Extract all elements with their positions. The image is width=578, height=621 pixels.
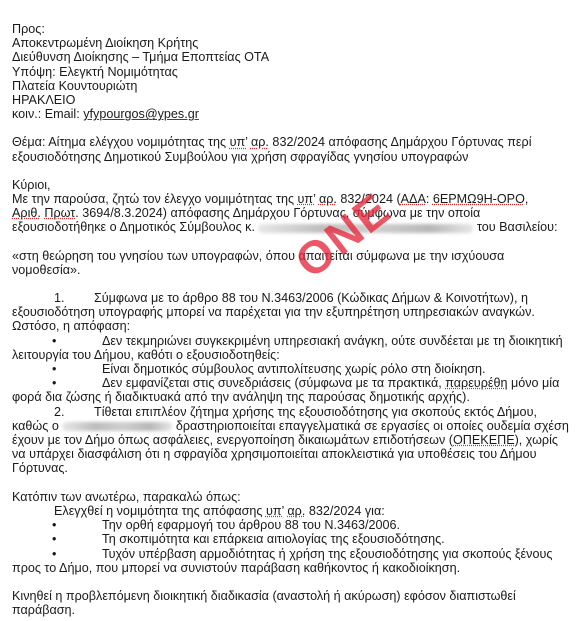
text: Τη σκοπιμότητα και επάρκεια αιτιολογίας … [102,532,445,546]
text: , [525,192,529,206]
item-number: 1. [54,291,94,305]
text: Είναι δημοτικός σύμβουλος αντιπολίτευσης… [102,362,486,376]
text: φορά δια ζώσης ή διαδικτυακά από την ανά… [12,390,568,404]
text: δραστηριοποιείται επαγγελματικά σε εργασ… [172,419,568,433]
text: Τίθεται επιπλέον ζήτημα χρήσης της εξουσ… [94,405,537,419]
text: προς το Δήμο, που μπορεί να συνιστούν πα… [12,561,568,575]
numbered-item: 2.Τίθεται επιπλέον ζήτημα χρήσης της εξο… [12,405,568,419]
text: Ωστόσο, η απόφαση: [12,319,568,333]
text: Γόρτυνας. [12,461,568,475]
spellcheck-word: ΟΠΕΚΕΠΕ [453,433,515,447]
text: Κινηθεί η προβλεπόμενη διοικητική διαδικ… [12,589,568,603]
text: μόνο μία [507,376,559,390]
quote-block: «στη θεώρηση του γνησίου των υπογραφών, … [12,249,568,277]
text: παράβαση. [12,603,568,617]
numbered-item: 1.Σύμφωνα με το άρθρο 88 του Ν.3463/2006… [12,291,568,305]
text: ), χωρίς [515,433,558,447]
spellcheck-word: αρ. [319,192,337,206]
bullet-icon: • [52,334,102,348]
bullet-item: •Την ορθή εφαρμογή του άρθρου 88 του Ν.3… [12,518,568,532]
text: : [426,192,433,206]
request-block: Κατόπιν των ανωτέρω, παρακαλώ όπως: Ελεγ… [12,490,568,575]
text: 832/2024 για: [305,504,384,518]
redacted-name [258,224,473,233]
text: Με την παρούσα, ζητώ τον έλεγχο νομιμότη… [12,192,298,206]
intro-paragraph: Με την παρούσα, ζητώ τον έλεγχο νομιμότη… [12,192,568,235]
text: Σύμφωνα με το άρθρο 88 του Ν.3463/2006 (… [94,291,528,305]
cc-line: κοιν.: Email: yfypourgos@ypes.gr [12,107,568,121]
text: να υπάρχει διασφάλιση ότι η σφραγίδα χρη… [12,447,568,461]
intro-line: Αριθ. Πρωτ. 3694/8.3.2024) απόφασης Δημά… [12,206,568,220]
subject-text: 832/2024 απόφασης Δημάρχου Γόρτυνας περί [269,135,532,149]
spellcheck-word: υπ’ [266,504,284,518]
spellcheck-word: υπ’ [230,135,248,149]
recipient-line: Υπόψη: Ελεγκτή Νομιμότητας [12,65,568,79]
text-line: έχουν με τον Δήμο όπως ασφάλειες, ενεργο… [12,433,568,447]
recipient-line: Πλατεία Κουντουριώτη [12,79,568,93]
recipient-line: Αποκεντρωμένη Διοίκηση Κρήτης [12,36,568,50]
ada-code: 6ΕΡΜΩ9Η-ΟΡΟ [433,192,525,206]
item-number: 2. [54,405,94,419]
cc-email-link[interactable]: yfypourgos@ypes.gr [83,107,199,121]
recipient-line: Διεύθυνση Διοίκησης – Τμήμα Εποπτείας ΟΤ… [12,50,568,64]
text: 832/2024 ( [337,192,401,206]
bullet-icon: • [52,518,102,532]
point-1: 1.Σύμφωνα με το άρθρο 88 του Ν.3463/2006… [12,291,568,405]
spellcheck-word: αρ. [251,135,269,149]
subject-block: Θέμα: Αίτημα ελέγχου νομιμότητας της υπ’… [12,135,568,163]
text: εξουσιοδοτήθηκε ο Δημοτικός Σύμβουλος κ. [12,220,258,234]
recipient-line: ΗΡΑΚΛΕΙΟ [12,93,568,107]
bullet-item: •Τυχόν υπέρβαση αρμοδιότητας ή χρήση της… [12,547,568,561]
text: καθώς ο [12,419,62,433]
bullet-icon: • [52,532,102,546]
text-line: καθώς ο δραστηριοποιείται επαγγελματικά … [12,419,568,433]
text: Κατόπιν των ανωτέρω, παρακαλώ όπως: [12,490,568,504]
redacted-name [62,422,172,431]
subject-text: εξουσιοδότησης Δημοτικού Συμβούλου για χ… [12,150,568,164]
text: του Βασιλείου: [477,220,558,234]
text: Ελεγχθεί η νομιμότητα της απόφασης [54,504,266,518]
spellcheck-word: Πρωτ [44,206,75,220]
recipient-block: Προς: Αποκεντρωμένη Διοίκηση Κρήτης Διεύ… [12,22,568,121]
text: εξουσιοδότηση υπογραφής μπορεί να παρέχε… [12,305,568,319]
cc-prefix: κοιν.: Email: [12,107,83,121]
letter-document: Προς: Αποκεντρωμένη Διοίκηση Κρήτης Διεύ… [12,22,568,617]
text: Δεν εμφανίζεται στις συνεδριάσεις (σύμφω… [102,376,445,390]
bullet-item: •Τη σκοπιμότητα και επάρκεια αιτιολογίας… [12,532,568,546]
point-2: 2.Τίθεται επιπλέον ζήτημα χρήσης της εξο… [12,405,568,476]
quote-line: νομοθεσία». [12,263,568,277]
spellcheck-word: υπ’ [298,192,316,206]
intro-line: Με την παρούσα, ζητώ τον έλεγχο νομιμότη… [12,192,568,206]
text: Την ορθή εφαρμογή του άρθρου 88 του Ν.34… [102,518,400,532]
text: . 3694/8.3.2024) απόφασης Δημάρχου Γόρτυ… [75,206,480,220]
bullet-item: •Δεν εμφανίζεται στις συνεδριάσεις (σύμφ… [12,376,568,390]
greeting: Κύριοι, [12,178,568,192]
bullet-icon: • [52,547,102,561]
spellcheck-word: παρευρέθη [445,376,507,390]
bullet-icon: • [52,362,102,376]
text: Τυχόν υπέρβαση αρμοδιότητας ή χρήση της … [102,547,552,561]
spellcheck-word: Αριθ. [12,206,41,220]
bullet-icon: • [52,376,102,390]
to-label: Προς: [12,22,568,36]
subject-text: Θέμα: Αίτημα ελέγχου νομιμότητας της [12,135,230,149]
spellcheck-word: ΑΔΑ [401,192,426,206]
intro-line: εξουσιοδοτήθηκε ο Δημοτικός Σύμβουλος κ.… [12,220,568,234]
text: έχουν με τον Δήμο όπως ασφάλειες, ενεργο… [12,433,453,447]
text: λειτουργία του Δήμου, καθότι ο εξουσιοδο… [12,348,568,362]
spellcheck-word: αρ. [287,504,305,518]
bullet-item: •Δεν τεκμηριώνει συγκεκριμένη υπηρεσιακή… [12,334,568,348]
bullet-item: •Είναι δημοτικός σύμβουλος αντιπολίτευση… [12,362,568,376]
closing-block: Κινηθεί η προβλεπόμενη διοικητική διαδικ… [12,589,568,617]
quote-line: «στη θεώρηση του γνησίου των υπογραφών, … [12,249,568,263]
text-line: Ελεγχθεί η νομιμότητα της απόφασης υπ’ α… [12,504,568,518]
text: Δεν τεκμηριώνει συγκεκριμένη υπηρεσιακή … [102,334,563,348]
